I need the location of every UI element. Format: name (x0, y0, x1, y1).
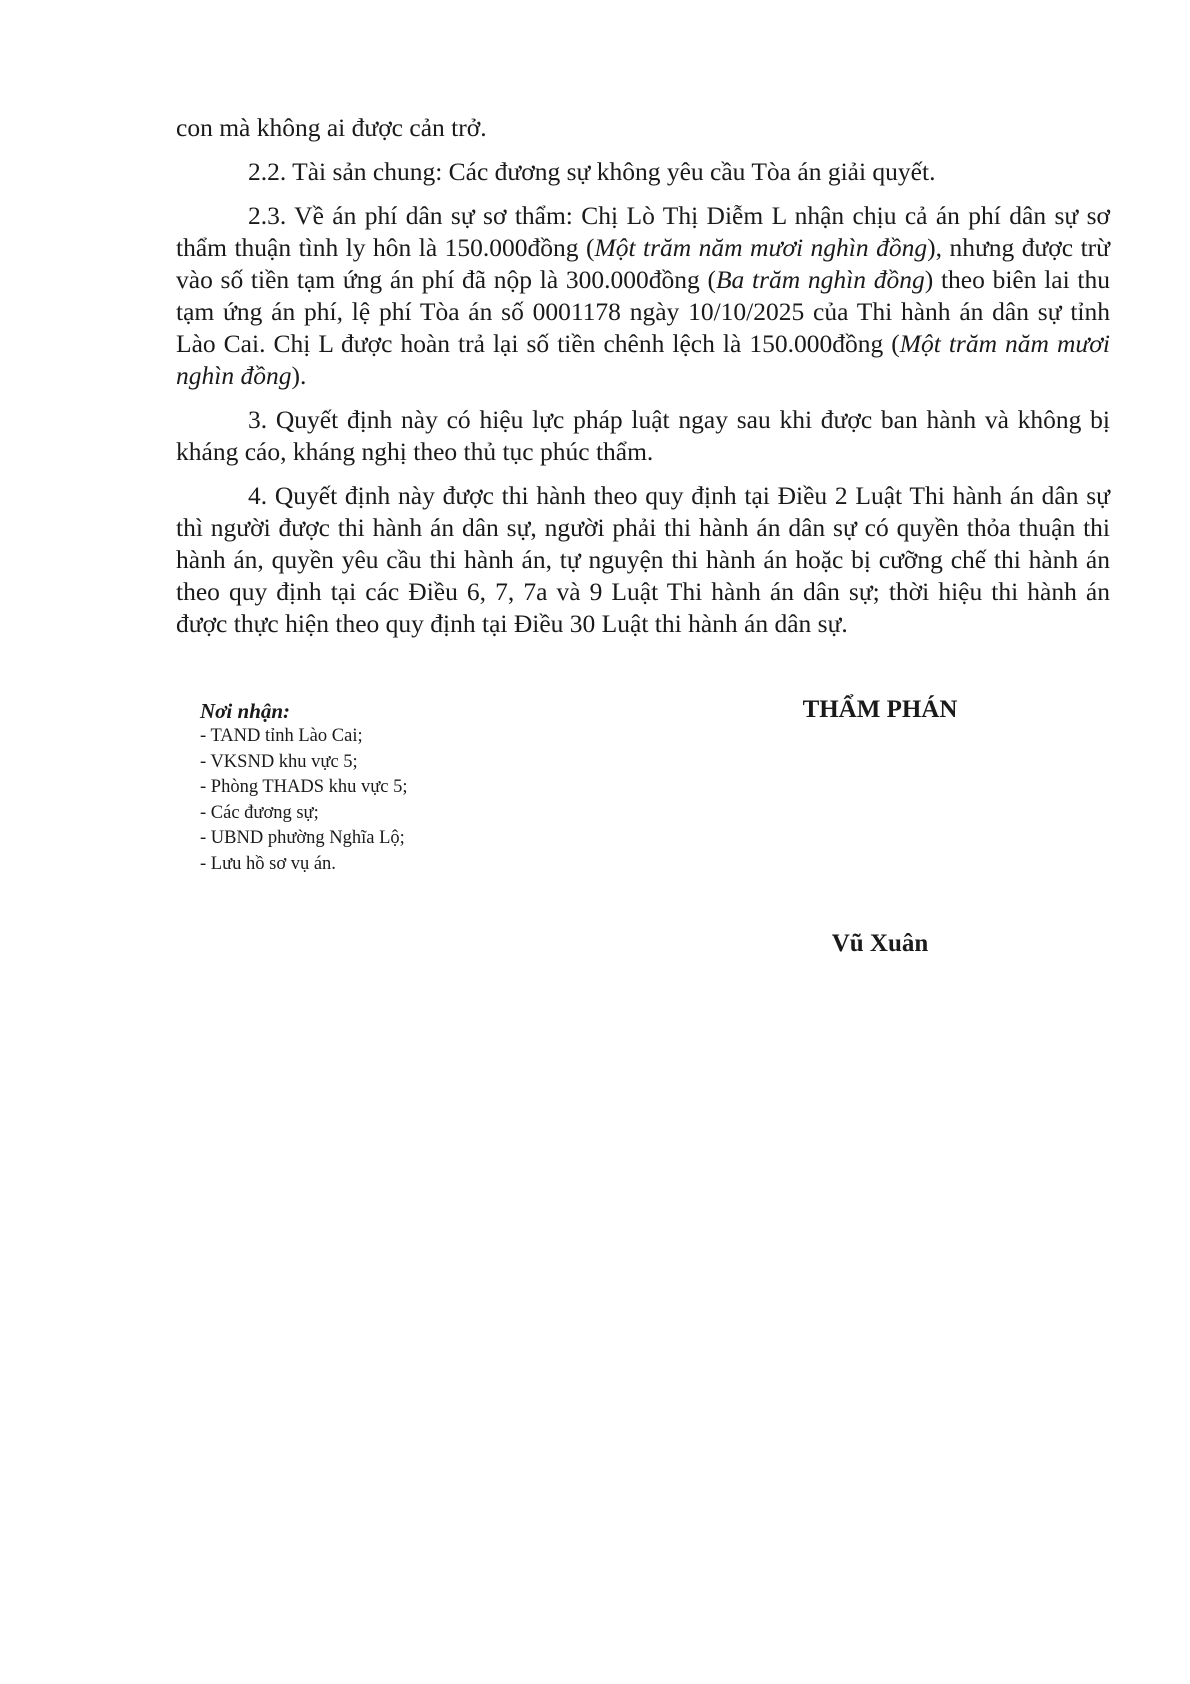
paragraph-2-2-shared-property: 2.2. Tài sản chung: Các đương sự không y… (176, 156, 1110, 188)
recipients-block: Nơi nhận: - TAND tỉnh Lào Cai; - VKSND k… (200, 698, 530, 877)
recipient-item: - Phòng THADS khu vực 5; (200, 775, 530, 801)
paragraph-3-legal-effect: 3. Quyết định này có hiệu lực pháp luật … (176, 404, 1110, 468)
recipient-item: - VKSND khu vực 5; (200, 750, 530, 776)
signature-title: THẨM PHÁN (770, 694, 990, 726)
recipient-item: - Lưu hồ sơ vụ án. (200, 852, 530, 878)
recipients-heading: Nơi nhận: (200, 698, 530, 724)
document-page: con mà không ai được cản trở. 2.2. Tài s… (0, 0, 1190, 1684)
decision-body: con mà không ai được cản trở. 2.2. Tài s… (176, 112, 1110, 652)
paragraph-4-enforcement: 4. Quyết định này được thi hành theo quy… (176, 480, 1110, 640)
paragraph-2-3-court-fee: 2.3. Về án phí dân sự sơ thẩm: Chị Lò Th… (176, 200, 1110, 392)
text-run: 2.2. Tài sản chung: Các đương sự không y… (248, 157, 935, 186)
text-run: 4. Quyết định này được thi hành theo quy… (176, 481, 1110, 638)
recipient-item: - UBND phường Nghĩa Lộ; (200, 826, 530, 852)
signer-name: Vũ Xuân (770, 928, 990, 960)
text-run: 3. Quyết định này có hiệu lực pháp luật … (176, 405, 1110, 466)
recipient-item: - TAND tỉnh Lào Cai; (200, 724, 530, 750)
text-run: ). (291, 361, 306, 390)
recipient-item: - Các đương sự; (200, 801, 530, 827)
paragraph-continuation: con mà không ai được cản trở. (176, 112, 1110, 144)
amount-in-words: Một trăm năm mươi nghìn đồng (594, 233, 927, 262)
amount-in-words: Ba trăm nghìn đồng (716, 265, 925, 294)
text-run: con mà không ai được cản trở. (176, 113, 487, 142)
